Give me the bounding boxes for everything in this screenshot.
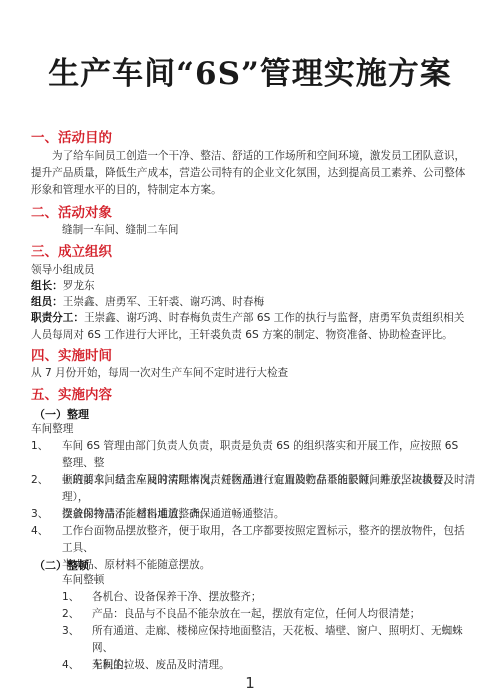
target-paragraph: 缝制一车间、缝制二车间 — [62, 222, 500, 239]
section-heading-organization: 三、成立组织 — [31, 240, 112, 260]
list-item-line: 工作台面物品摆放整齐，便于取用，各工序都要按照定置标示，整齐的摆放物件，包括工具… — [62, 525, 465, 554]
members-value: 王崇鑫、唐勇军、王轩裘、谢巧鸿、时春梅 — [63, 296, 264, 308]
list-item-number: 2、 — [62, 606, 79, 623]
list-item-number: 1、 — [31, 438, 48, 455]
subsection-label-sort: 车间整理 — [31, 421, 471, 438]
list-item: 2、 产品：良品与不良品不能杂放在一起，摆放有定位，任何人均很清楚； — [62, 606, 472, 623]
list-item-number: 2、 — [31, 472, 48, 489]
list-item: 3、 所有通道、走廊、楼梯应保持地面整洁，天花板、墙壁、窗户、照明灯、无蜘蛛网、… — [62, 623, 472, 657]
list-item: 1、 车间 6S 管理由部门负责人负责，职责是负责 6S 的组织落实和开展工作，… — [31, 438, 471, 472]
subsection-heading-sort: （一）整理 — [34, 406, 89, 422]
list-item-number: 3、 — [62, 623, 79, 640]
leader-label: 组长： — [31, 280, 63, 292]
list-item: 4、 车间的垃圾、废品及时清理。 — [62, 657, 472, 674]
duties-value: 王崇鑫、谢巧鸿、时春梅负责生产部 6S 工作的执行与监督，唐勇军负责组织相关人员… — [31, 312, 464, 341]
list-item: 2、 上班前车间员工应及时清理本岗责任区通道（有用的物品不能长时间堆放，垃圾要及… — [31, 472, 471, 506]
list-item: 1、 各机台、设备保养干净、摆放整齐； — [62, 589, 472, 606]
list-item-number: 4、 — [31, 523, 48, 540]
schedule-paragraph: 从 7 月份开始，每周一次对生产车间不定时进行大检查 — [31, 365, 471, 382]
section-heading-schedule: 四、实施时间 — [31, 344, 112, 364]
duties-label: 职责分工： — [31, 312, 84, 324]
list-item: 4、 工作台面物品摆放整齐，便于取用，各工序都要按照定置标示，整齐的摆放物件，包… — [31, 523, 471, 557]
subsection-label-set-in-order: 车间整顿 — [62, 572, 500, 589]
list-item-line: 所有通道、走廊、楼梯应保持地面整洁，天花板、墙壁、窗户、照明灯、无蜘蛛网、 — [92, 625, 463, 654]
list-item-text: 设备保持清洁，材料堆放整齐。 — [62, 506, 472, 523]
list-item-number: 4、 — [62, 657, 79, 674]
document-title: 生产车间“6S”管理实施方案 — [0, 48, 500, 93]
org-intro: 领导小组成员 — [31, 262, 471, 279]
list-item-number: 1、 — [62, 589, 79, 606]
org-duties-line: 职责分工：王崇鑫、谢巧鸿、时春梅负责生产部 6S 工作的执行与监督，唐勇军负责组… — [31, 310, 471, 344]
section-heading-content: 五、实施内容 — [31, 383, 112, 403]
org-members-line: 组员：王崇鑫、唐勇军、王轩裘、谢巧鸿、时春梅 — [31, 294, 471, 311]
list-item-line: 车间 6S 管理由部门负责人负责，职责是负责 6S 的组织落实和开展工作，应按照… — [62, 440, 458, 469]
list-item-number: 3、 — [31, 506, 48, 523]
list-item: 3、 设备保持清洁，材料堆放整齐。 — [31, 506, 471, 523]
org-leader-line: 组长：罗龙东 — [31, 278, 471, 295]
section-heading-target: 二、活动对象 — [31, 201, 112, 221]
purpose-paragraph: 为了给车间员工创造一个干净、整洁、舒适的工作场所和空间环境，激发员工团队意识，提… — [31, 148, 471, 199]
list-item-text: 工作台面物品摆放整齐，便于取用，各工序都要按照定置标示，整齐的摆放物件，包括工具… — [62, 523, 472, 574]
subsection-heading-set-in-order: （二）整顿 — [34, 557, 89, 573]
members-label: 组员： — [31, 296, 63, 308]
list-item-text: 各机台、设备保养干净、摆放整齐； — [92, 589, 472, 606]
section-heading-purpose: 一、活动目的 — [31, 126, 112, 146]
list-item-text: 产品：良品与不良品不能杂放在一起，摆放有定位，任何人均很清楚； — [92, 606, 472, 623]
page-number: 1 — [0, 674, 500, 692]
leader-value: 罗龙东 — [63, 280, 95, 292]
list-item-line: 上班前车间员工应及时清理本岗责任区通道（有用的物品不能长时间堆放，垃圾要及时清理… — [62, 474, 475, 503]
list-item-text: 车间的垃圾、废品及时清理。 — [92, 657, 472, 674]
